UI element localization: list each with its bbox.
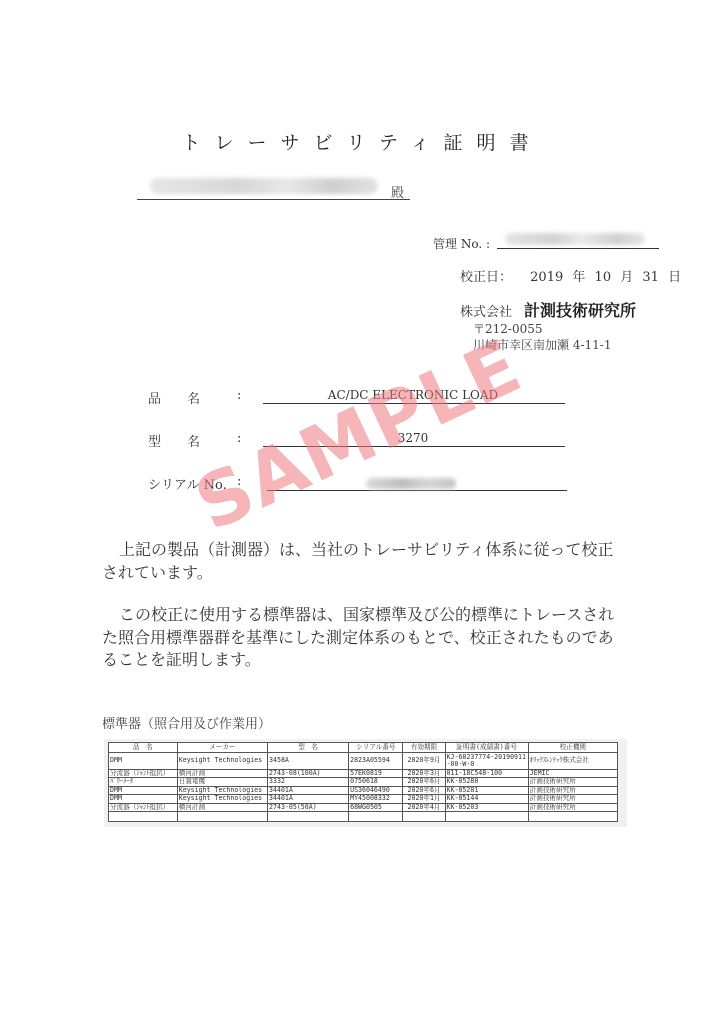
table-cell (109, 812, 178, 822)
standards-table: 品 名 メーカー 型 名 シリアル番号 有効期限 証明書(成績書)番号 校正機関… (108, 742, 618, 822)
column-header: 校正機関 (528, 743, 617, 753)
table-cell: KJ-68237774-20190911-00-W-0 (445, 753, 528, 770)
postal-code: 〒212-0055 (473, 320, 543, 337)
table-cell: 011-18C548-100 (445, 770, 528, 778)
field-colon: : (237, 431, 241, 446)
table-cell: Keysight Technologies (177, 753, 267, 770)
addressee-honorific: 殿 (391, 182, 404, 201)
table-cell: 2743-05(50A) (268, 803, 349, 811)
table-cell: DMM (109, 753, 178, 770)
table-cell (528, 812, 617, 822)
calibration-day: 31 (642, 270, 659, 285)
table-cell (268, 812, 349, 822)
product-name-value: AC/DC ELECTRONIC LOAD (263, 388, 563, 402)
company-name: 計測技術研究所 (524, 301, 636, 320)
table-cell: 計測技術研究所 (528, 803, 617, 811)
paragraph-traceability: 上記の製品（計測器）は、当社のトレーサビリティ体系に従って校正されています。 (102, 539, 624, 584)
table-cell (349, 812, 403, 822)
table-cell: 2020年3月 (403, 770, 445, 778)
table-cell: DMM (109, 795, 178, 803)
model-value: 3270 (263, 431, 563, 445)
calibration-date: 校正日： 2019 年 10 月 31 日 (460, 266, 681, 285)
field-label: 型 名 (148, 431, 200, 450)
table-cell (445, 812, 528, 822)
table-row (109, 812, 618, 822)
paragraph-certification: この校正に使用する標準器は、国家標準及び公的標準にトレースされた照合用標準器群を… (102, 604, 624, 672)
column-header: 証明書(成績書)番号 (445, 743, 528, 753)
table-cell: 分流器（ｼｬﾝﾄ抵抗） (109, 803, 178, 811)
table-cell: 34401A (268, 786, 349, 794)
column-header: メーカー (177, 743, 267, 753)
calibration-month: 10 (595, 270, 612, 285)
table-cell: KK-05144 (445, 795, 528, 803)
addressee-underline (137, 199, 410, 200)
table-cell: KK-05203 (445, 803, 528, 811)
table-cell: KK-05281 (445, 786, 528, 794)
table-cell: JEMIC (528, 770, 617, 778)
column-header: シリアル番号 (349, 743, 403, 753)
calibration-year: 2019 (530, 270, 563, 285)
table-header-row: 品 名 メーカー 型 名 シリアル番号 有効期限 証明書(成績書)番号 校正機関 (109, 743, 618, 753)
table-cell: 計測技術研究所 (528, 786, 617, 794)
table-cell: 2743-08(100A) (268, 770, 349, 778)
field-label: 品 名 (148, 388, 200, 407)
serial-value-redacted (366, 478, 456, 489)
document-title: トレーサビリティ証明書 (0, 128, 724, 155)
column-header: 型 名 (268, 743, 349, 753)
management-no-label: 管理 No. : (433, 235, 490, 252)
table-cell: 2823A05594 (349, 753, 403, 770)
table-cell: 2020年9月 (403, 753, 445, 770)
management-no-redacted (505, 233, 645, 245)
company-address: 川崎市幸区南加瀬 4-11-1 (473, 336, 611, 353)
management-no-underline (497, 248, 659, 249)
table-cell: Keysight Technologies (177, 786, 267, 794)
table-cell (403, 812, 445, 822)
field-underline (263, 403, 565, 404)
table-row: DMMKeysight Technologies3458A2823A055942… (109, 753, 618, 770)
table-cell: 0750618 (349, 778, 403, 786)
table-cell: 日置電機 (177, 778, 267, 786)
table-cell: 68WG0505 (349, 803, 403, 811)
table-row: 分流器（ｼｬﾝﾄ抵抗）横河計測2743-05(50A)68WG05052020年… (109, 803, 618, 811)
table-cell: 計測技術研究所 (528, 795, 617, 803)
table-cell: 2020年1月 (403, 795, 445, 803)
calibration-date-label: 校正日： (460, 270, 512, 285)
calibration-day-unit: 日 (668, 270, 681, 285)
issuer-company: 株式会社計測技術研究所 (460, 298, 636, 321)
table-cell: 2020年6月 (403, 778, 445, 786)
table-cell: 横河計測 (177, 803, 267, 811)
field-label: シリアル No. (148, 474, 227, 493)
company-prefix: 株式会社 (460, 305, 512, 320)
table-cell: 3458A (268, 753, 349, 770)
column-header: 有効期限 (403, 743, 445, 753)
table-cell: 57EK0819 (349, 770, 403, 778)
table-cell: US36046490 (349, 786, 403, 794)
table-cell: ﾊﾟﾜｰﾒｰﾀ (109, 778, 178, 786)
calibration-year-unit: 年 (572, 270, 585, 285)
table-row: DMMKeysight Technologies34401AMY45008332… (109, 795, 618, 803)
table-cell: ｵﾘｯｸｽﾚﾝﾃｯｸ株式会社 (528, 753, 617, 770)
table-cell: DMM (109, 786, 178, 794)
addressee-name-redacted (150, 178, 378, 194)
table-cell: Keysight Technologies (177, 795, 267, 803)
field-colon: : (237, 388, 241, 403)
table-cell: 2020年4月 (403, 803, 445, 811)
table-row: 分流器（ｼｬﾝﾄ抵抗）横河計測2743-08(100A)57EK08192020… (109, 770, 618, 778)
table-cell: 分流器（ｼｬﾝﾄ抵抗） (109, 770, 178, 778)
standards-table-container: 品 名 メーカー 型 名 シリアル番号 有効期限 証明書(成績書)番号 校正機関… (104, 739, 627, 827)
table-cell: MY45008332 (349, 795, 403, 803)
table-cell: 34401A (268, 795, 349, 803)
table-cell: KK-05280 (445, 778, 528, 786)
column-header: 品 名 (109, 743, 178, 753)
table-cell: 横河計測 (177, 770, 267, 778)
table-cell (177, 812, 267, 822)
field-underline (263, 446, 565, 447)
standards-heading: 標準器（照合用及び作業用） (102, 713, 271, 732)
table-cell: 2020年6月 (403, 786, 445, 794)
table-cell: 3332 (268, 778, 349, 786)
table-row: DMMKeysight Technologies34401AUS36046490… (109, 786, 618, 794)
table-row: ﾊﾟﾜｰﾒｰﾀ日置電機333207506182020年6月KK-05280計測技… (109, 778, 618, 786)
field-underline (267, 490, 567, 491)
calibration-month-unit: 月 (620, 270, 633, 285)
field-colon: : (237, 474, 241, 489)
table-cell: 計測技術研究所 (528, 778, 617, 786)
